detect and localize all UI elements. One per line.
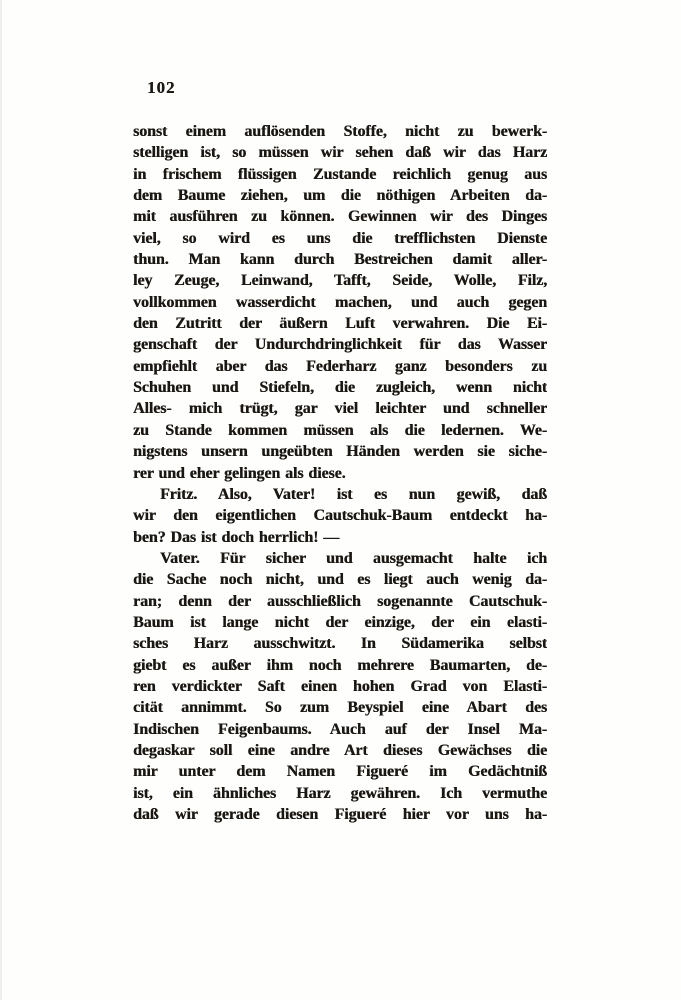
- text-line: sonst einem auflösenden Stoffe, nicht zu…: [133, 121, 547, 142]
- text-line: cität annimmt. So zum Beyspiel eine Abar…: [133, 697, 547, 718]
- text-line: daß wir gerade diesen Figueré hier vor u…: [133, 804, 547, 825]
- text-line: den Zutritt der äußern Luft verwahren. D…: [133, 313, 547, 334]
- text-line: wir den eigentlichen Cautschuk-Baum entd…: [133, 505, 547, 526]
- text-line-paragraph-end: rer und eher gelingen als diese.: [133, 463, 547, 484]
- text-line: genschaft der Undurchdringlichkeit für d…: [133, 334, 547, 355]
- scan-edge-shadow: [0, 0, 2, 1000]
- text-line: thun. Man kann durch Bestreichen damit a…: [133, 249, 547, 270]
- text-line: mir unter dem Namen Figueré im Gedächtni…: [133, 761, 547, 782]
- text-line: ley Zeuge, Leinwand, Tafft, Seide, Wolle…: [133, 270, 547, 291]
- text-line: degaskar soll eine andre Art dieses Gewä…: [133, 740, 547, 761]
- text-line: vollkommen wasserdicht machen, und auch …: [133, 292, 547, 313]
- text-line: ren verdickter Saft einen hohen Grad von…: [133, 676, 547, 697]
- text-line: giebt es außer ihm noch mehrere Baumarte…: [133, 655, 547, 676]
- book-page-scan: 102 sonst einem auflösenden Stoffe, nich…: [0, 0, 681, 1000]
- text-line: zu Stande kommen müssen als die ledernen…: [133, 420, 547, 441]
- page-number: 102: [147, 78, 176, 98]
- text-line-paragraph-end: ben? Das ist doch herrlich! —: [133, 527, 547, 548]
- body-text-block: sonst einem auflösenden Stoffe, nicht zu…: [133, 121, 547, 825]
- text-line: Schuhen und Stiefeln, die zugleich, wenn…: [133, 377, 547, 398]
- text-line: ist, ein ähnliches Harz gewähren. Ich ve…: [133, 783, 547, 804]
- text-line: stelligen ist, so müssen wir sehen daß w…: [133, 142, 547, 163]
- text-line: mit ausführen zu können. Gewinnen wir de…: [133, 206, 547, 227]
- text-line-speaker-vater: Vater. Für sicher und ausgemacht halte i…: [133, 548, 547, 569]
- text-line: dem Baume ziehen, um die nöthigen Arbeit…: [133, 185, 547, 206]
- text-line: ran; denn der ausschließlich sogenannte …: [133, 591, 547, 612]
- text-line: die Sache noch nicht, und es liegt auch …: [133, 569, 547, 590]
- text-line: nigstens unsern ungeübten Händen werden …: [133, 441, 547, 462]
- text-line: Indischen Feigenbaums. Auch auf der Inse…: [133, 719, 547, 740]
- text-line: in frischem flüssigen Zustande reichlich…: [133, 164, 547, 185]
- text-line-speaker-fritz: Fritz. Also, Vater! ist es nun gewiß, da…: [133, 484, 547, 505]
- text-line: Alles- mich trügt, gar viel leichter und…: [133, 398, 547, 419]
- text-line: Baum ist lange nicht der einzige, der ei…: [133, 612, 547, 633]
- text-line: empfiehlt aber das Federharz ganz besond…: [133, 356, 547, 377]
- text-line: viel, so wird es uns die trefflichsten D…: [133, 228, 547, 249]
- text-line: sches Harz ausschwitzt. In Südamerika se…: [133, 633, 547, 654]
